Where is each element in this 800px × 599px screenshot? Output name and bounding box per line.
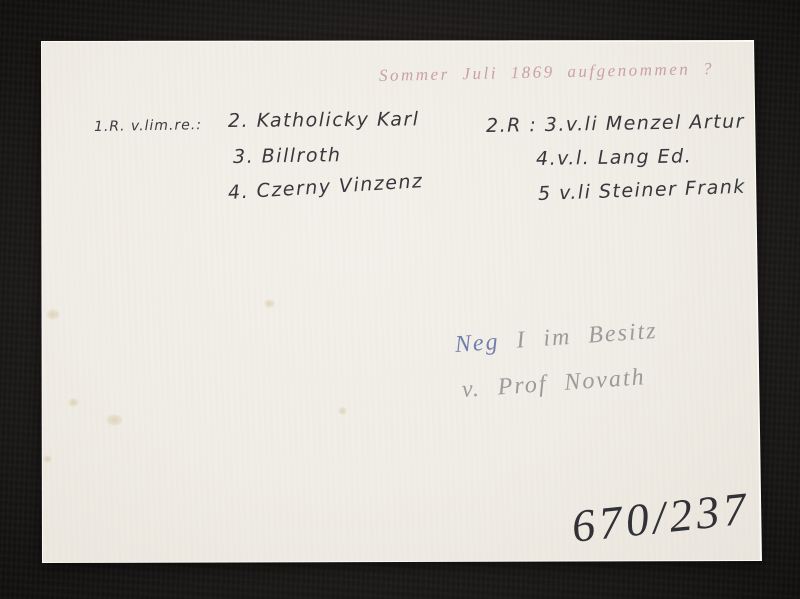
- row1-label: 1.R. v.lim.re.:: [94, 117, 202, 135]
- paper-stain: [264, 299, 275, 308]
- photo-card-wrap: Sommer Juli 1869 aufgenommen ? 1.R. v.li…: [0, 0, 800, 599]
- row1-entry-1: 2. Katholicky Karl: [228, 108, 420, 132]
- pencil-note-blue-word: Neg: [454, 329, 500, 358]
- inventory-number: 670/237: [569, 481, 752, 552]
- photo-card: Sommer Juli 1869 aufgenommen ? 1.R. v.li…: [0, 0, 800, 599]
- row1-entry-2: 3. Billroth: [233, 144, 342, 168]
- pencil-note-line1: Neg I im Besitz: [454, 318, 658, 359]
- pencil-note-line1-rest: I im Besitz: [516, 318, 659, 354]
- paper-stain: [106, 414, 123, 426]
- paper-stain: [46, 309, 60, 320]
- row2-entry-1: 2.R : 3.v.li Menzel Artur: [486, 110, 745, 137]
- scanned-photo-back: Sommer Juli 1869 aufgenommen ? 1.R. v.li…: [0, 0, 800, 599]
- row1-entry-3: 4. Czerny Vinzenz: [227, 170, 424, 204]
- paper-stain: [68, 398, 79, 407]
- paper-stain: [338, 407, 347, 415]
- pencil-note-line2: v. Prof Novath: [461, 364, 646, 404]
- row2-entry-3: 5 v.li Steiner Frank: [538, 176, 747, 205]
- paper-stain: [43, 455, 52, 463]
- date-annotation: Sommer Juli 1869 aufgenommen ?: [379, 59, 714, 86]
- row2-entry-2: 4.v.l. Lang Ed.: [536, 145, 693, 170]
